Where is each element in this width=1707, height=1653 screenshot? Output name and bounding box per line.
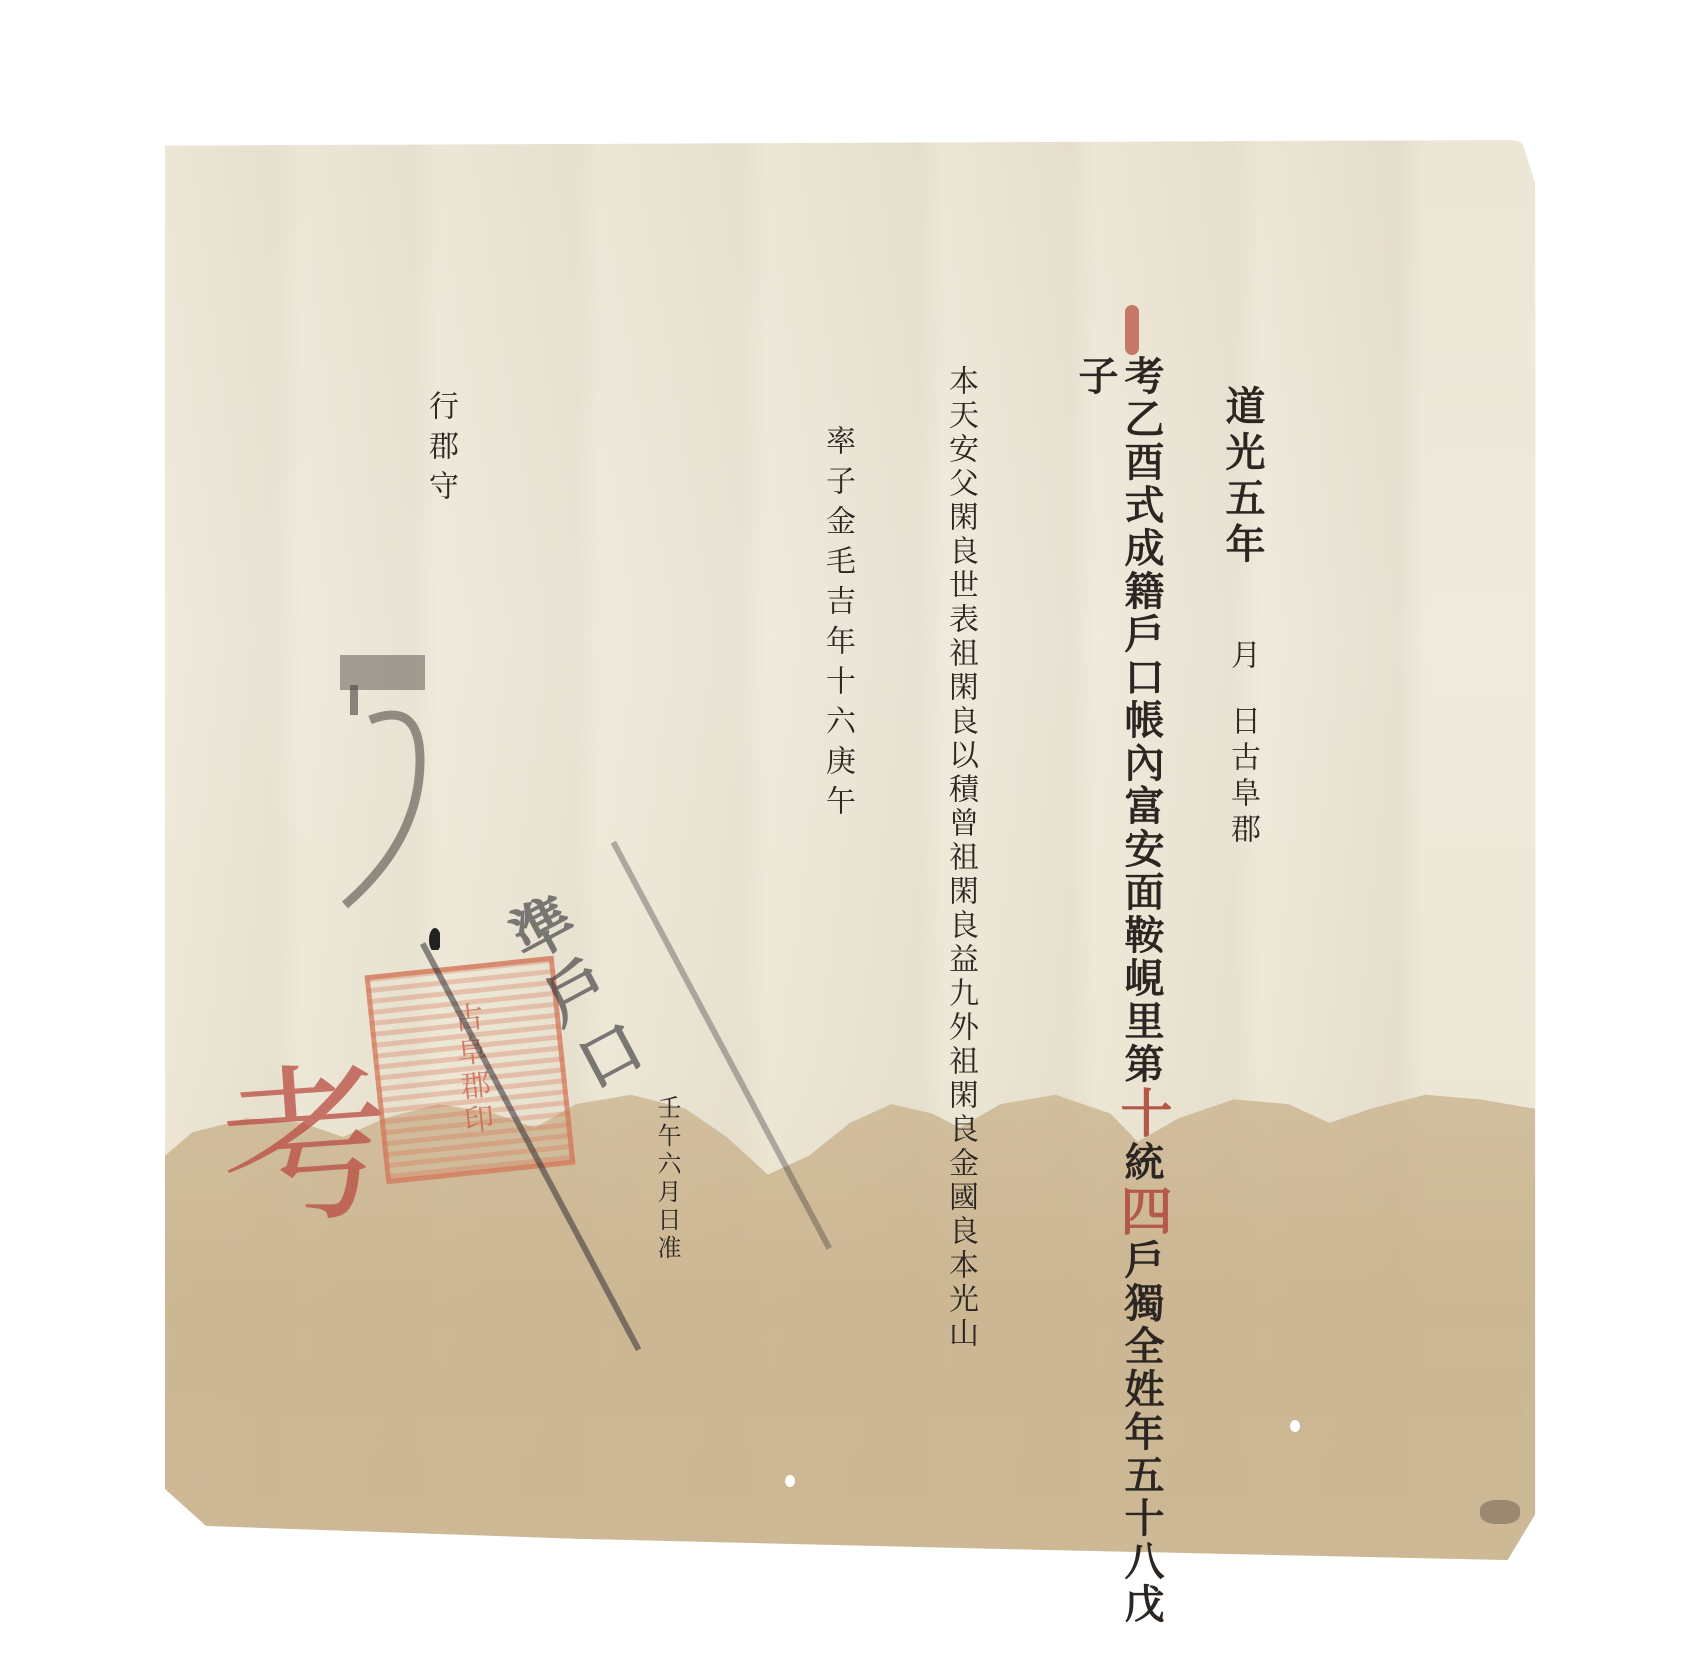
date-column: 道光五年月日古阜郡: [1222, 385, 1262, 849]
red-numeral-four: 四: [1111, 1184, 1172, 1239]
corner-ink-mark: [1480, 1500, 1520, 1524]
red-check-mark: [1125, 305, 1139, 355]
ancestors-column: 本天安父閑良世表祖閑良以積曾祖閑良益九外祖閑良金國良本光山: [945, 365, 975, 1351]
red-brush-character: 考: [212, 1004, 399, 1260]
official-title: 行郡守: [423, 390, 458, 510]
great-grandfather: 曾祖閑良益九: [943, 807, 978, 1011]
official-title-column: 行郡守: [425, 390, 455, 510]
date-month: 月: [1225, 639, 1260, 675]
household-head-column: 考乙酉式成籍戶口帳內富安面鞍峴里第十統四戶獨全姓年五十八戊子: [1075, 355, 1167, 1653]
paper-hole: [1290, 1420, 1300, 1432]
son-column: 率子金毛吉年十六庚午: [822, 425, 852, 825]
household-head-text-a: 考乙酉式成籍戶口帳內富安面鞍峴里第: [1118, 355, 1165, 1086]
grandfather: 祖閑良以積: [943, 637, 978, 807]
father: 父閑良世表: [943, 467, 978, 637]
son-entry: 率子金毛吉年十六庚午: [820, 425, 855, 825]
date-era-year: 道光五年: [1219, 385, 1266, 569]
black-stamp-text: 準戶口: [479, 872, 664, 1113]
maternal-clan-seat: 本光山: [943, 1249, 978, 1351]
maternal-grandfather: 外祖閑良金國良: [943, 1011, 978, 1249]
red-numeral-ten: 十: [1111, 1086, 1172, 1141]
signature-mark-icon: [330, 650, 440, 950]
paper-hole: [785, 1475, 795, 1487]
date-day: 日: [1225, 705, 1260, 741]
county-name: 古阜郡: [1225, 741, 1260, 849]
clan-seat: 本天安: [943, 365, 978, 467]
small-date-note: 壬午六月日准: [650, 1095, 685, 1263]
household-head-unit: 統: [1118, 1141, 1165, 1184]
